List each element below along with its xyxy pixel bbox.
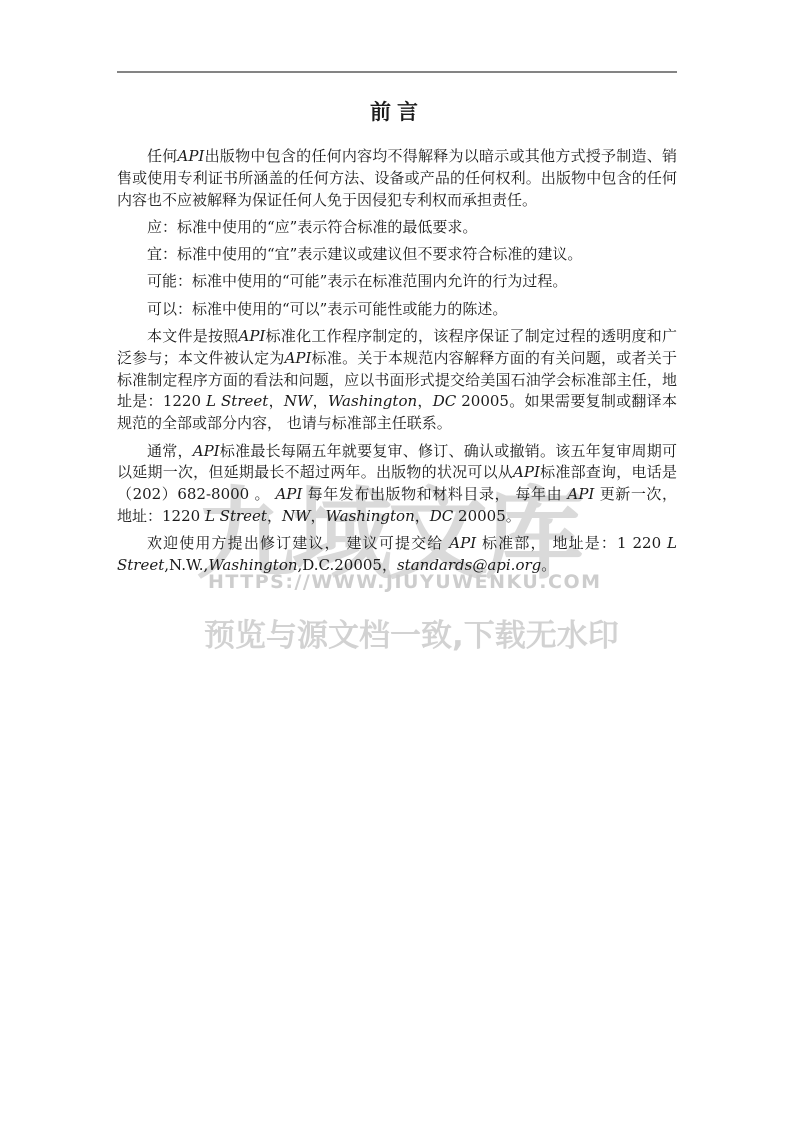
cjk-text: 。 — [541, 556, 556, 574]
latin-text: API — [193, 442, 220, 460]
cjk-text: 欢迎使用方提出修订建议， 建议可提交给 — [147, 534, 449, 552]
latin-text: Washington — [326, 507, 415, 525]
latin-text: API — [238, 327, 265, 345]
document-content: 前言 任何API出版物中包含的任何内容均不得解释为以暗示或其他方式授予制造、销售… — [117, 0, 677, 582]
body-paragraphs: 任何API出版物中包含的任何内容均不得解释为以暗示或其他方式授予制造、销售或使用… — [117, 146, 677, 577]
document-page: 九域文库 HTTPS://WWW.JIUYUWENKU.COM 预览与源文档一致… — [0, 0, 793, 1122]
cjk-text: 宜：标准中使用的“宜”表示建议或建议但不要求符合标准的建议。 — [147, 245, 582, 263]
cjk-text: 应：标准中使用的“应”表示符合标准的最低要求。 — [147, 218, 477, 236]
latin-text: standards@api.org — [397, 556, 541, 574]
latin-text: DC — [433, 392, 457, 410]
paragraph: 可以：标准中使用的“可以”表示可能性或能力的陈述。 — [117, 299, 677, 321]
cjk-text: 可以：标准中使用的“可以”表示可能性或能力的陈述。 — [147, 300, 507, 318]
latin-text: DC — [430, 507, 454, 525]
latin-text: API — [285, 349, 312, 367]
latin-text: API — [275, 485, 302, 503]
latin-text: API — [513, 463, 540, 481]
cjk-text: 任何 — [147, 147, 178, 165]
cjk-text: 20005。 — [453, 507, 521, 525]
latin-text: L Street — [206, 392, 268, 410]
cjk-text: ,D.C.20005， — [298, 556, 397, 574]
latin-text: API — [178, 147, 205, 165]
latin-text: NW — [282, 507, 311, 525]
cjk-text: ， — [267, 507, 282, 525]
latin-text: Washington — [328, 392, 417, 410]
cjk-text: ， — [312, 392, 328, 410]
cjk-text: 通常， — [147, 442, 193, 460]
latin-text: L Street — [205, 507, 267, 525]
page-title: 前言 — [117, 0, 677, 128]
cjk-text: ， — [415, 507, 430, 525]
cjk-text: 可能：标准中使用的“可能”表示在标准范围内允许的行为过程。 — [147, 272, 567, 290]
paragraph: 应：标准中使用的“应”表示符合标准的最低要求。 — [117, 217, 677, 239]
paragraph: 欢迎使用方提出修订建议， 建议可提交给 API 标准部， 地址是：1 220 L… — [117, 533, 677, 577]
cjk-text: ， — [417, 392, 433, 410]
latin-text: API — [449, 534, 476, 552]
watermark-slogan-text: 预览与源文档一致,下载无水印 — [204, 610, 619, 655]
cjk-text: 本文件是按照 — [147, 327, 238, 345]
paragraph: 可能：标准中使用的“可能”表示在标准范围内允许的行为过程。 — [117, 271, 677, 293]
paragraph: 本文件是按照API标准化工作程序制定的，该程序保证了制定过程的透明度和广泛参与；… — [117, 326, 677, 435]
paragraph: 通常，API标准最长每隔五年就要复审、修订、确认或撤销。该五年复审周期可以延期一… — [117, 441, 677, 528]
cjk-text: ,N.W., — [164, 556, 208, 574]
latin-text: API — [568, 485, 595, 503]
cjk-text: 每年发布出版物和材料目录， 每年由 — [302, 485, 567, 503]
cjk-text: ， — [311, 507, 326, 525]
paragraph: 任何API出版物中包含的任何内容均不得解释为以暗示或其他方式授予制造、销售或使用… — [117, 146, 677, 211]
latin-text: Washington — [208, 556, 297, 574]
paragraph: 宜：标准中使用的“宜”表示建议或建议但不要求符合标准的建议。 — [117, 244, 677, 266]
cjk-text: ， — [268, 392, 284, 410]
cjk-text: 标准部， 地址是：1 220 — [476, 534, 667, 552]
latin-text: NW — [284, 392, 313, 410]
